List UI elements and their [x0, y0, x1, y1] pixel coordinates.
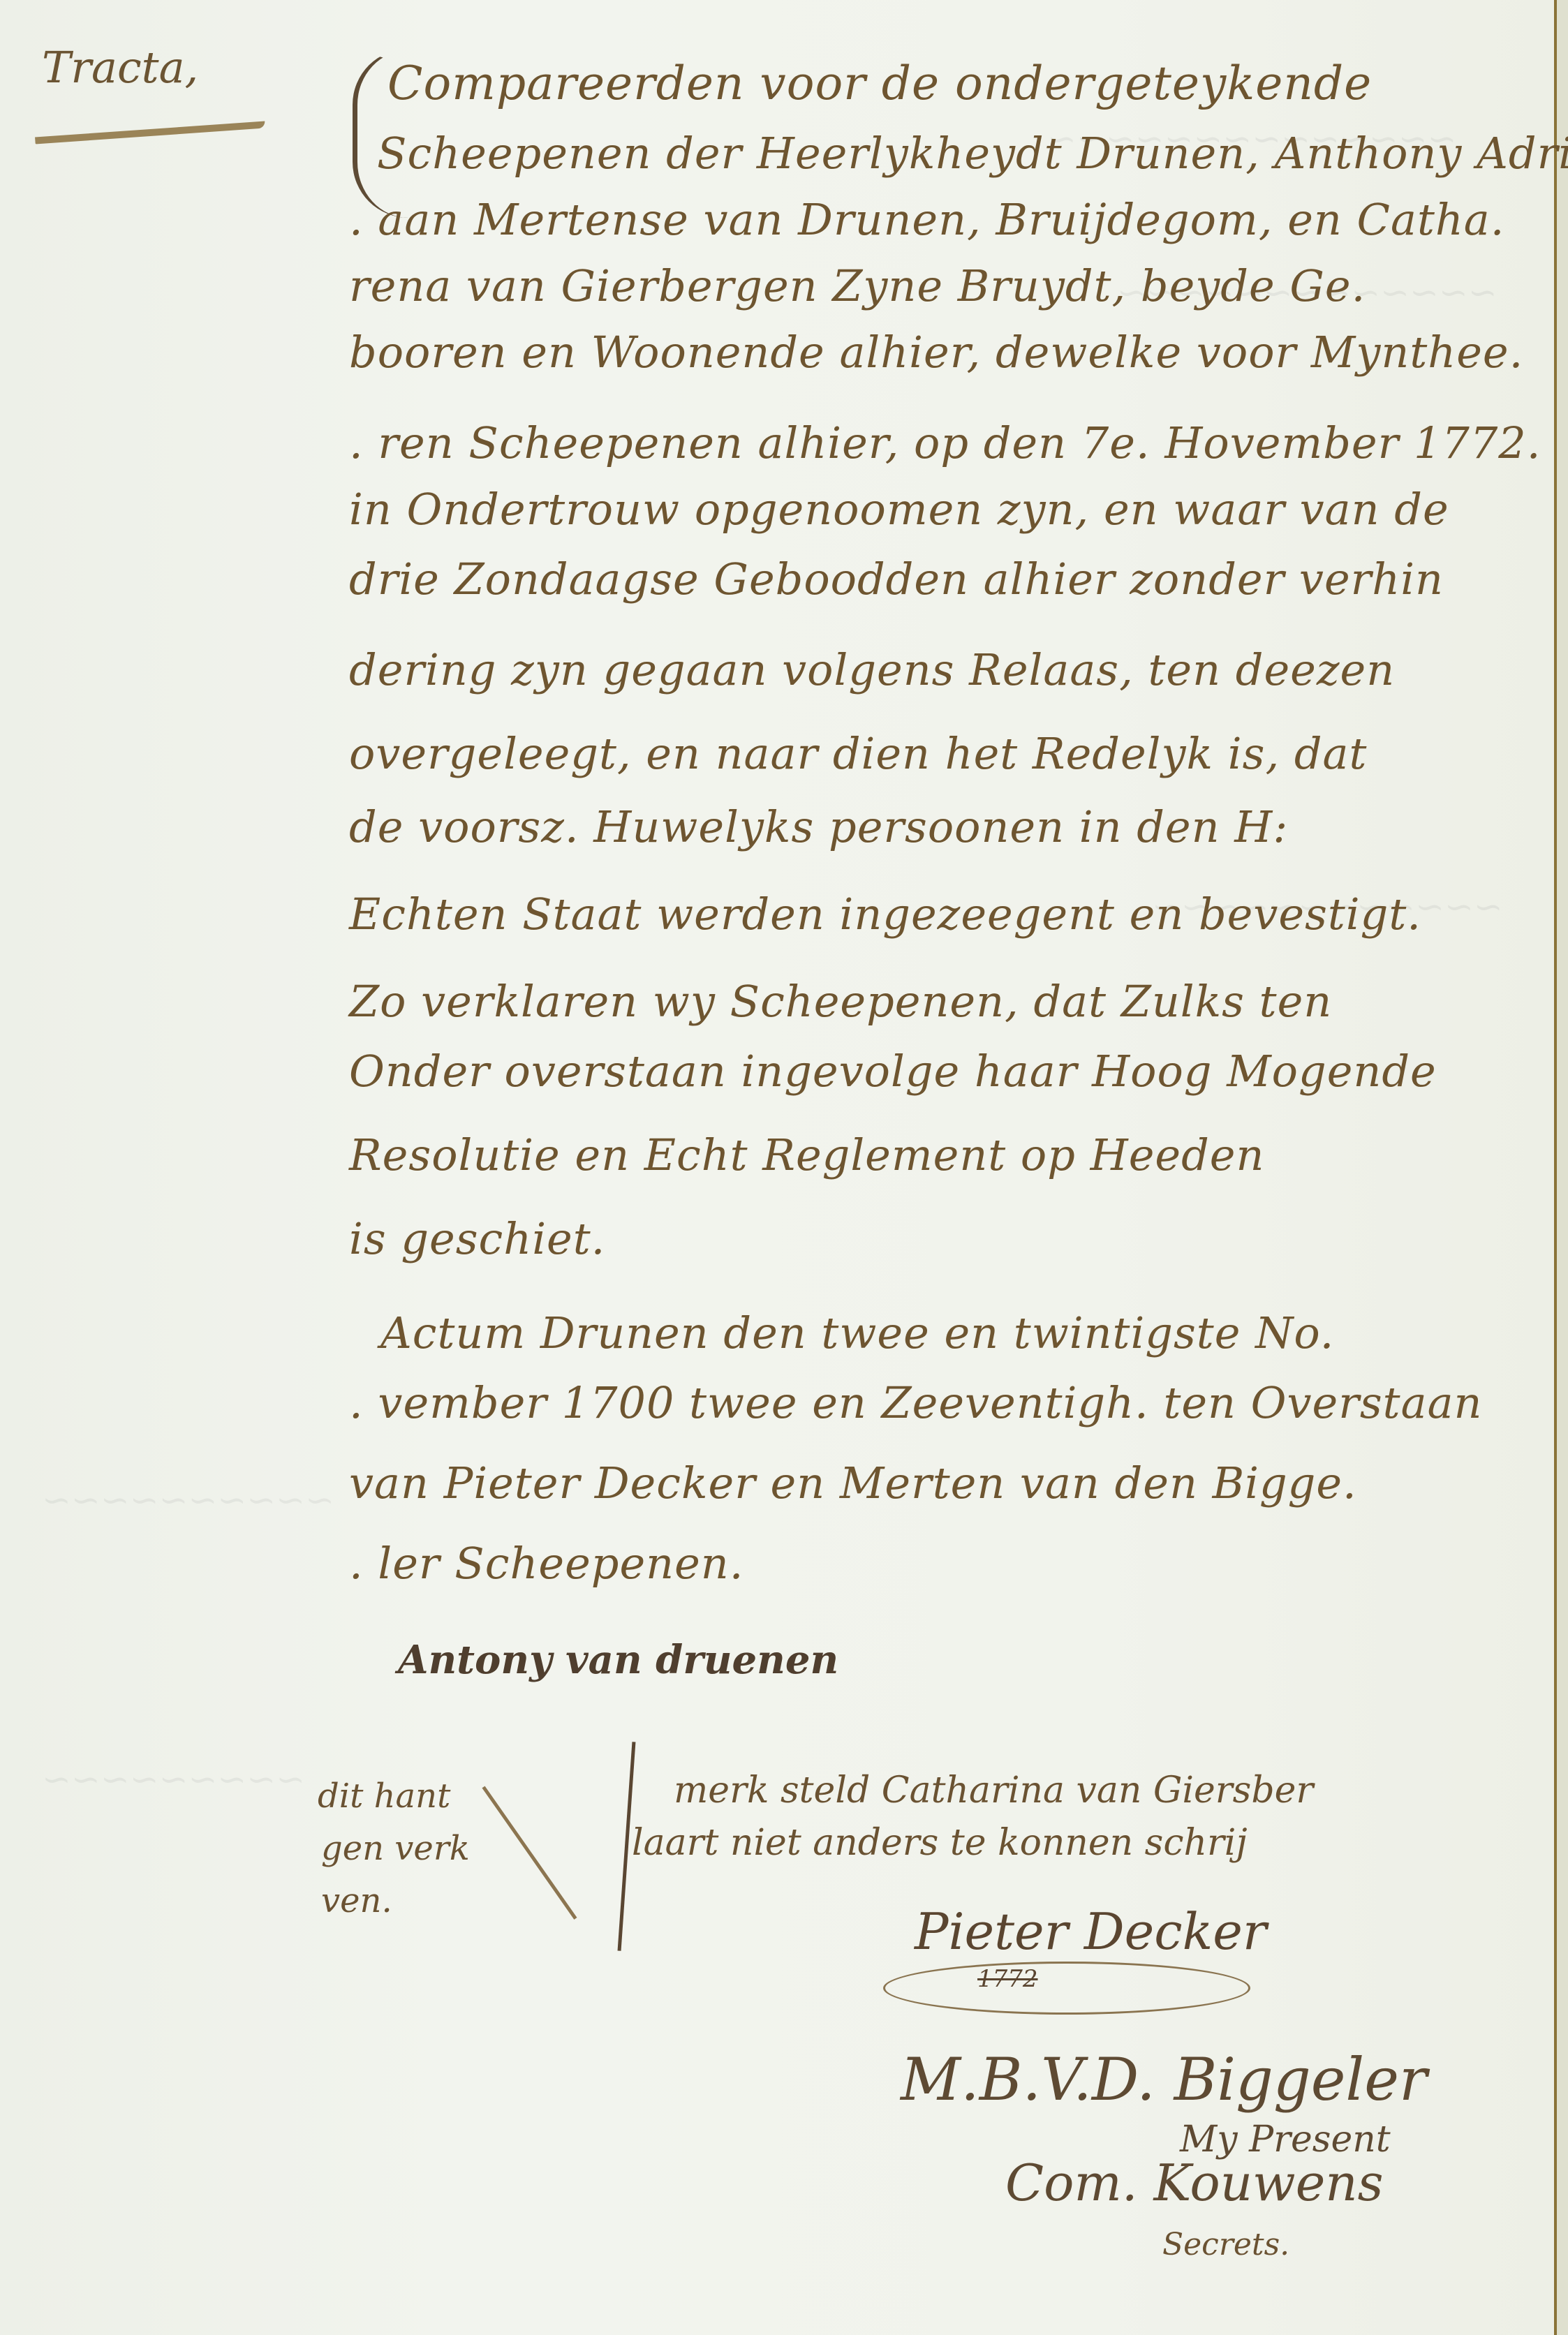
body-line-14: Onder overstaan ingevolge haar Hoog Moge…: [349, 1047, 1437, 1096]
body-line-16: is geschiet.: [349, 1215, 605, 1263]
pieter-decker-paraph: 1772: [977, 1965, 1038, 1993]
body-line-20: . ler Scheepenen.: [349, 1539, 744, 1588]
mark-note-left-3: ven.: [321, 1881, 392, 1920]
body-line-2: Scheepenen der Heerlykheydt Drunen, Anth…: [377, 129, 1568, 178]
body-line-19: van Pieter Decker en Merten van den Bigg…: [349, 1459, 1357, 1508]
body-line-17: Actum Drunen den twee en twintigste No.: [380, 1309, 1334, 1358]
body-line-12: Echten Staat werden ingezeegent en beves…: [349, 890, 1421, 939]
commissioner-signature: Com. Kouwens: [1005, 2154, 1384, 2212]
mark-note-left-2: gen verk: [321, 1829, 470, 1868]
mark-note-right-1: merk steld Catharina van Giersber: [674, 1770, 1313, 1811]
groom-signature: Antony van druenen: [398, 1637, 838, 1683]
biggeler-signature: M.B.V.D. Biggeler: [901, 2045, 1427, 2114]
signature-flourish: [883, 1962, 1250, 2015]
body-line-11: de voorsz. Huwelyks persoonen in den H:: [349, 803, 1288, 852]
mark-note-left-1: dit hant: [318, 1777, 450, 1816]
body-line-7: in Ondertrouw opgenoomen zyn, en waar va…: [349, 485, 1449, 534]
body-line-1: Compareerden voor de ondergeteykende: [387, 59, 1372, 108]
body-line-15: Resolutie en Echt Reglement op Heeden: [349, 1131, 1264, 1180]
margin-heading: Tracta,: [42, 42, 198, 93]
body-line-5: booren en Woonende alhier, dewelke voor …: [349, 328, 1523, 377]
body-line-9: dering zyn gegaan volgens Relaas, ten de…: [349, 646, 1395, 695]
body-line-6: . ren Scheepenen alhier, op den 7e. Hove…: [349, 419, 1541, 468]
body-line-13: Zo verklaren wy Scheepenen, dat Zulks te…: [349, 977, 1332, 1026]
body-line-3: . aan Mertense van Drunen, Bruijdegom, e…: [349, 195, 1504, 244]
body-line-8: drie Zondaagse Geboodden alhier zonder v…: [349, 555, 1444, 604]
pieter-decker-signature: Pieter Decker: [915, 1902, 1266, 1961]
mark-note-right-2: laart niet anders te konnen schrij: [632, 1822, 1248, 1864]
body-line-18: . vember 1700 twee en Zeeventigh. ten Ov…: [349, 1379, 1482, 1428]
underlying-page: [1557, 0, 1568, 2335]
secretary-label: Secrets.: [1162, 2227, 1289, 2262]
body-line-4: rena van Gierbergen Zyne Bruydt, beyde G…: [349, 262, 1366, 311]
body-line-10: overgeleegt, en naar dien het Redelyk is…: [349, 729, 1367, 778]
